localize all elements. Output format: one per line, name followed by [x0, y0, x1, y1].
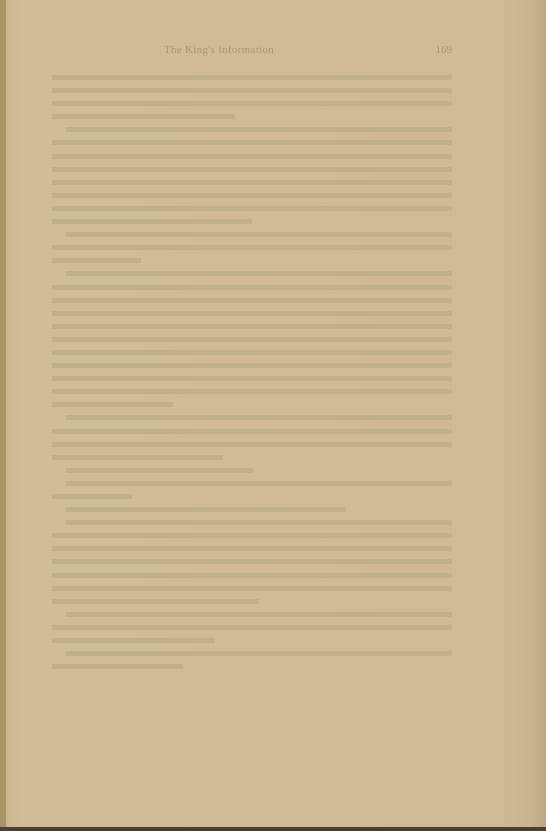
text-line	[52, 242, 452, 252]
text-line	[52, 295, 452, 305]
text-line	[52, 190, 452, 200]
text-line	[52, 282, 452, 292]
text-line	[52, 268, 452, 278]
text-line	[52, 465, 452, 475]
text-line	[52, 72, 452, 82]
text-line	[52, 111, 452, 121]
text-line	[52, 98, 452, 108]
text-line	[52, 216, 452, 226]
text-line	[52, 124, 452, 134]
text-line	[52, 151, 452, 161]
text-line	[52, 412, 452, 422]
text-line	[52, 426, 452, 436]
page-number: 169	[436, 44, 453, 56]
paragraph	[52, 465, 452, 475]
text-line	[52, 85, 452, 95]
text-line	[52, 203, 452, 213]
text-line	[52, 373, 452, 383]
paragraph	[52, 609, 452, 645]
paragraph	[52, 517, 452, 606]
paragraph	[52, 412, 452, 461]
running-header-title: The King's Information	[164, 44, 274, 56]
text-line	[52, 661, 452, 671]
text-line	[52, 360, 452, 370]
running-header: The King's Information 169	[52, 44, 452, 60]
text-line	[52, 347, 452, 357]
paragraph	[52, 229, 452, 265]
text-line	[52, 543, 452, 553]
text-line	[52, 334, 452, 344]
paragraph	[52, 268, 452, 409]
book-page: The King's Information 169	[0, 0, 546, 831]
body-text	[52, 72, 452, 674]
text-line	[52, 491, 452, 501]
text-line	[52, 570, 452, 580]
text-line	[52, 530, 452, 540]
page-gutter	[0, 0, 6, 831]
text-line	[52, 556, 452, 566]
text-line	[52, 229, 452, 239]
text-line	[52, 321, 452, 331]
text-line	[52, 452, 452, 462]
page-bottom-edge	[0, 827, 546, 831]
text-line	[52, 439, 452, 449]
text-line	[52, 648, 452, 658]
text-line	[52, 177, 452, 187]
text-line	[52, 504, 452, 514]
text-line	[52, 137, 452, 147]
text-line	[52, 255, 452, 265]
text-line	[52, 609, 452, 619]
text-line	[52, 583, 452, 593]
paragraph	[52, 504, 452, 514]
text-line	[52, 596, 452, 606]
text-line	[52, 622, 452, 632]
text-line	[52, 386, 452, 396]
paragraph	[52, 478, 452, 501]
text-line	[52, 308, 452, 318]
text-line	[52, 517, 452, 527]
text-line	[52, 478, 452, 488]
paragraph	[52, 124, 452, 226]
paragraph	[52, 648, 452, 671]
text-line	[52, 164, 452, 174]
paragraph	[52, 72, 452, 121]
text-line	[52, 399, 452, 409]
text-line	[52, 635, 452, 645]
